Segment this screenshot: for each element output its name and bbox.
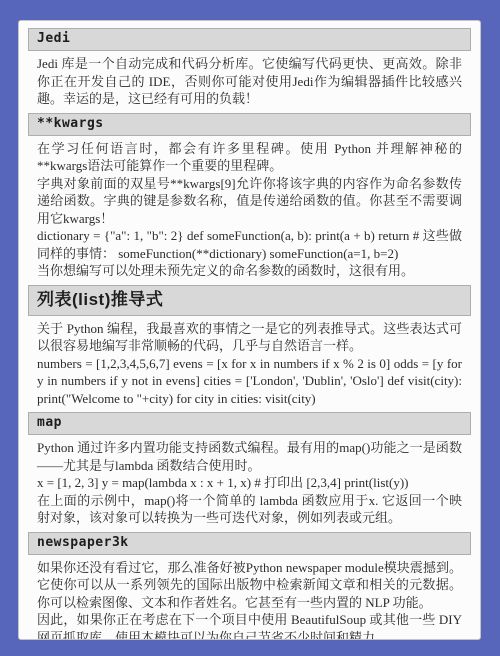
section-map: map Python 通过许多内置功能支持函数式编程。最有用的map()功能之一… <box>28 412 471 532</box>
section-newspaper3k: newspaper3k 如果你还没有看过它，那么准备好被Python newsp… <box>28 532 471 641</box>
page-frame: { "page": { "frame_color": "#5766bb", "c… <box>0 0 500 656</box>
paragraph: numbers = [1,2,3,4,5,6,7] evens = [x for… <box>37 355 462 408</box>
article-card: Jedi Jedi 库是一个自动完成和代码分析库。它使编写代码更快、更高效。除非… <box>18 20 481 640</box>
section-title: Jedi <box>37 31 70 46</box>
paragraph: x = [1, 2, 3] y = map(lambda x : x + 1, … <box>37 474 462 492</box>
section-header-bar: 列表(list)推导式 <box>28 285 471 316</box>
section-header-bar: **kwargs <box>28 113 471 136</box>
paragraph: 在学习任何语言时，都会有许多里程碑。使用 Python 并理解神秘的**kwar… <box>37 140 462 175</box>
section-jedi: Jedi Jedi 库是一个自动完成和代码分析库。它使编写代码更快、更高效。除非… <box>28 28 471 113</box>
section-header-bar: Jedi <box>28 28 471 51</box>
section-header-bar: map <box>28 412 471 435</box>
paragraph: dictionary = {"a": 1, "b": 2} def someFu… <box>37 227 462 262</box>
section-body: Jedi 库是一个自动完成和代码分析库。它使编写代码更快、更高效。除非你正在开发… <box>28 51 471 113</box>
paragraph: 字典对象前面的双星号**kwargs[9]允许你将该字典的内容作为命名参数传递给… <box>37 175 462 228</box>
paragraph: 如果你还没有看过它，那么准备好被Python newspaper module模… <box>37 559 462 612</box>
section-list-comprehension: 列表(list)推导式 关于 Python 编程，我最喜欢的事情之一是它的列表推… <box>28 285 471 413</box>
section-body: 关于 Python 编程，我最喜欢的事情之一是它的列表推导式。这些表达式可以很容… <box>28 316 471 413</box>
section-body: 如果你还没有看过它，那么准备好被Python newspaper module模… <box>28 555 471 641</box>
paragraph: 在上面的示例中，map()将一个简单的 lambda 函数应用于x. 它返回一个… <box>37 492 462 527</box>
section-body: 在学习任何语言时，都会有许多里程碑。使用 Python 并理解神秘的**kwar… <box>28 136 471 285</box>
section-title: 列表(list)推导式 <box>37 290 163 309</box>
section-header-bar: newspaper3k <box>28 532 471 555</box>
paragraph: 因此，如果你正在考虑在下一个项目中使用 BeautifulSoup 或其他一些 … <box>37 611 462 640</box>
section-title: **kwargs <box>37 116 104 131</box>
paragraph: 当你想编写可以处理未预先定义的命名参数的函数时，这很有用。 <box>37 262 462 280</box>
paragraph: Python 通过许多内置功能支持函数式编程。最有用的map()功能之一是函数—… <box>37 439 462 474</box>
section-kwargs: **kwargs 在学习任何语言时，都会有许多里程碑。使用 Python 并理解… <box>28 113 471 285</box>
paragraph: 关于 Python 编程，我最喜欢的事情之一是它的列表推导式。这些表达式可以很容… <box>37 320 462 355</box>
section-body: Python 通过许多内置功能支持函数式编程。最有用的map()功能之一是函数—… <box>28 435 471 532</box>
paragraph: Jedi 库是一个自动完成和代码分析库。它使编写代码更快、更高效。除非你正在开发… <box>37 55 462 108</box>
section-title: map <box>37 415 62 430</box>
section-title: newspaper3k <box>37 535 129 550</box>
